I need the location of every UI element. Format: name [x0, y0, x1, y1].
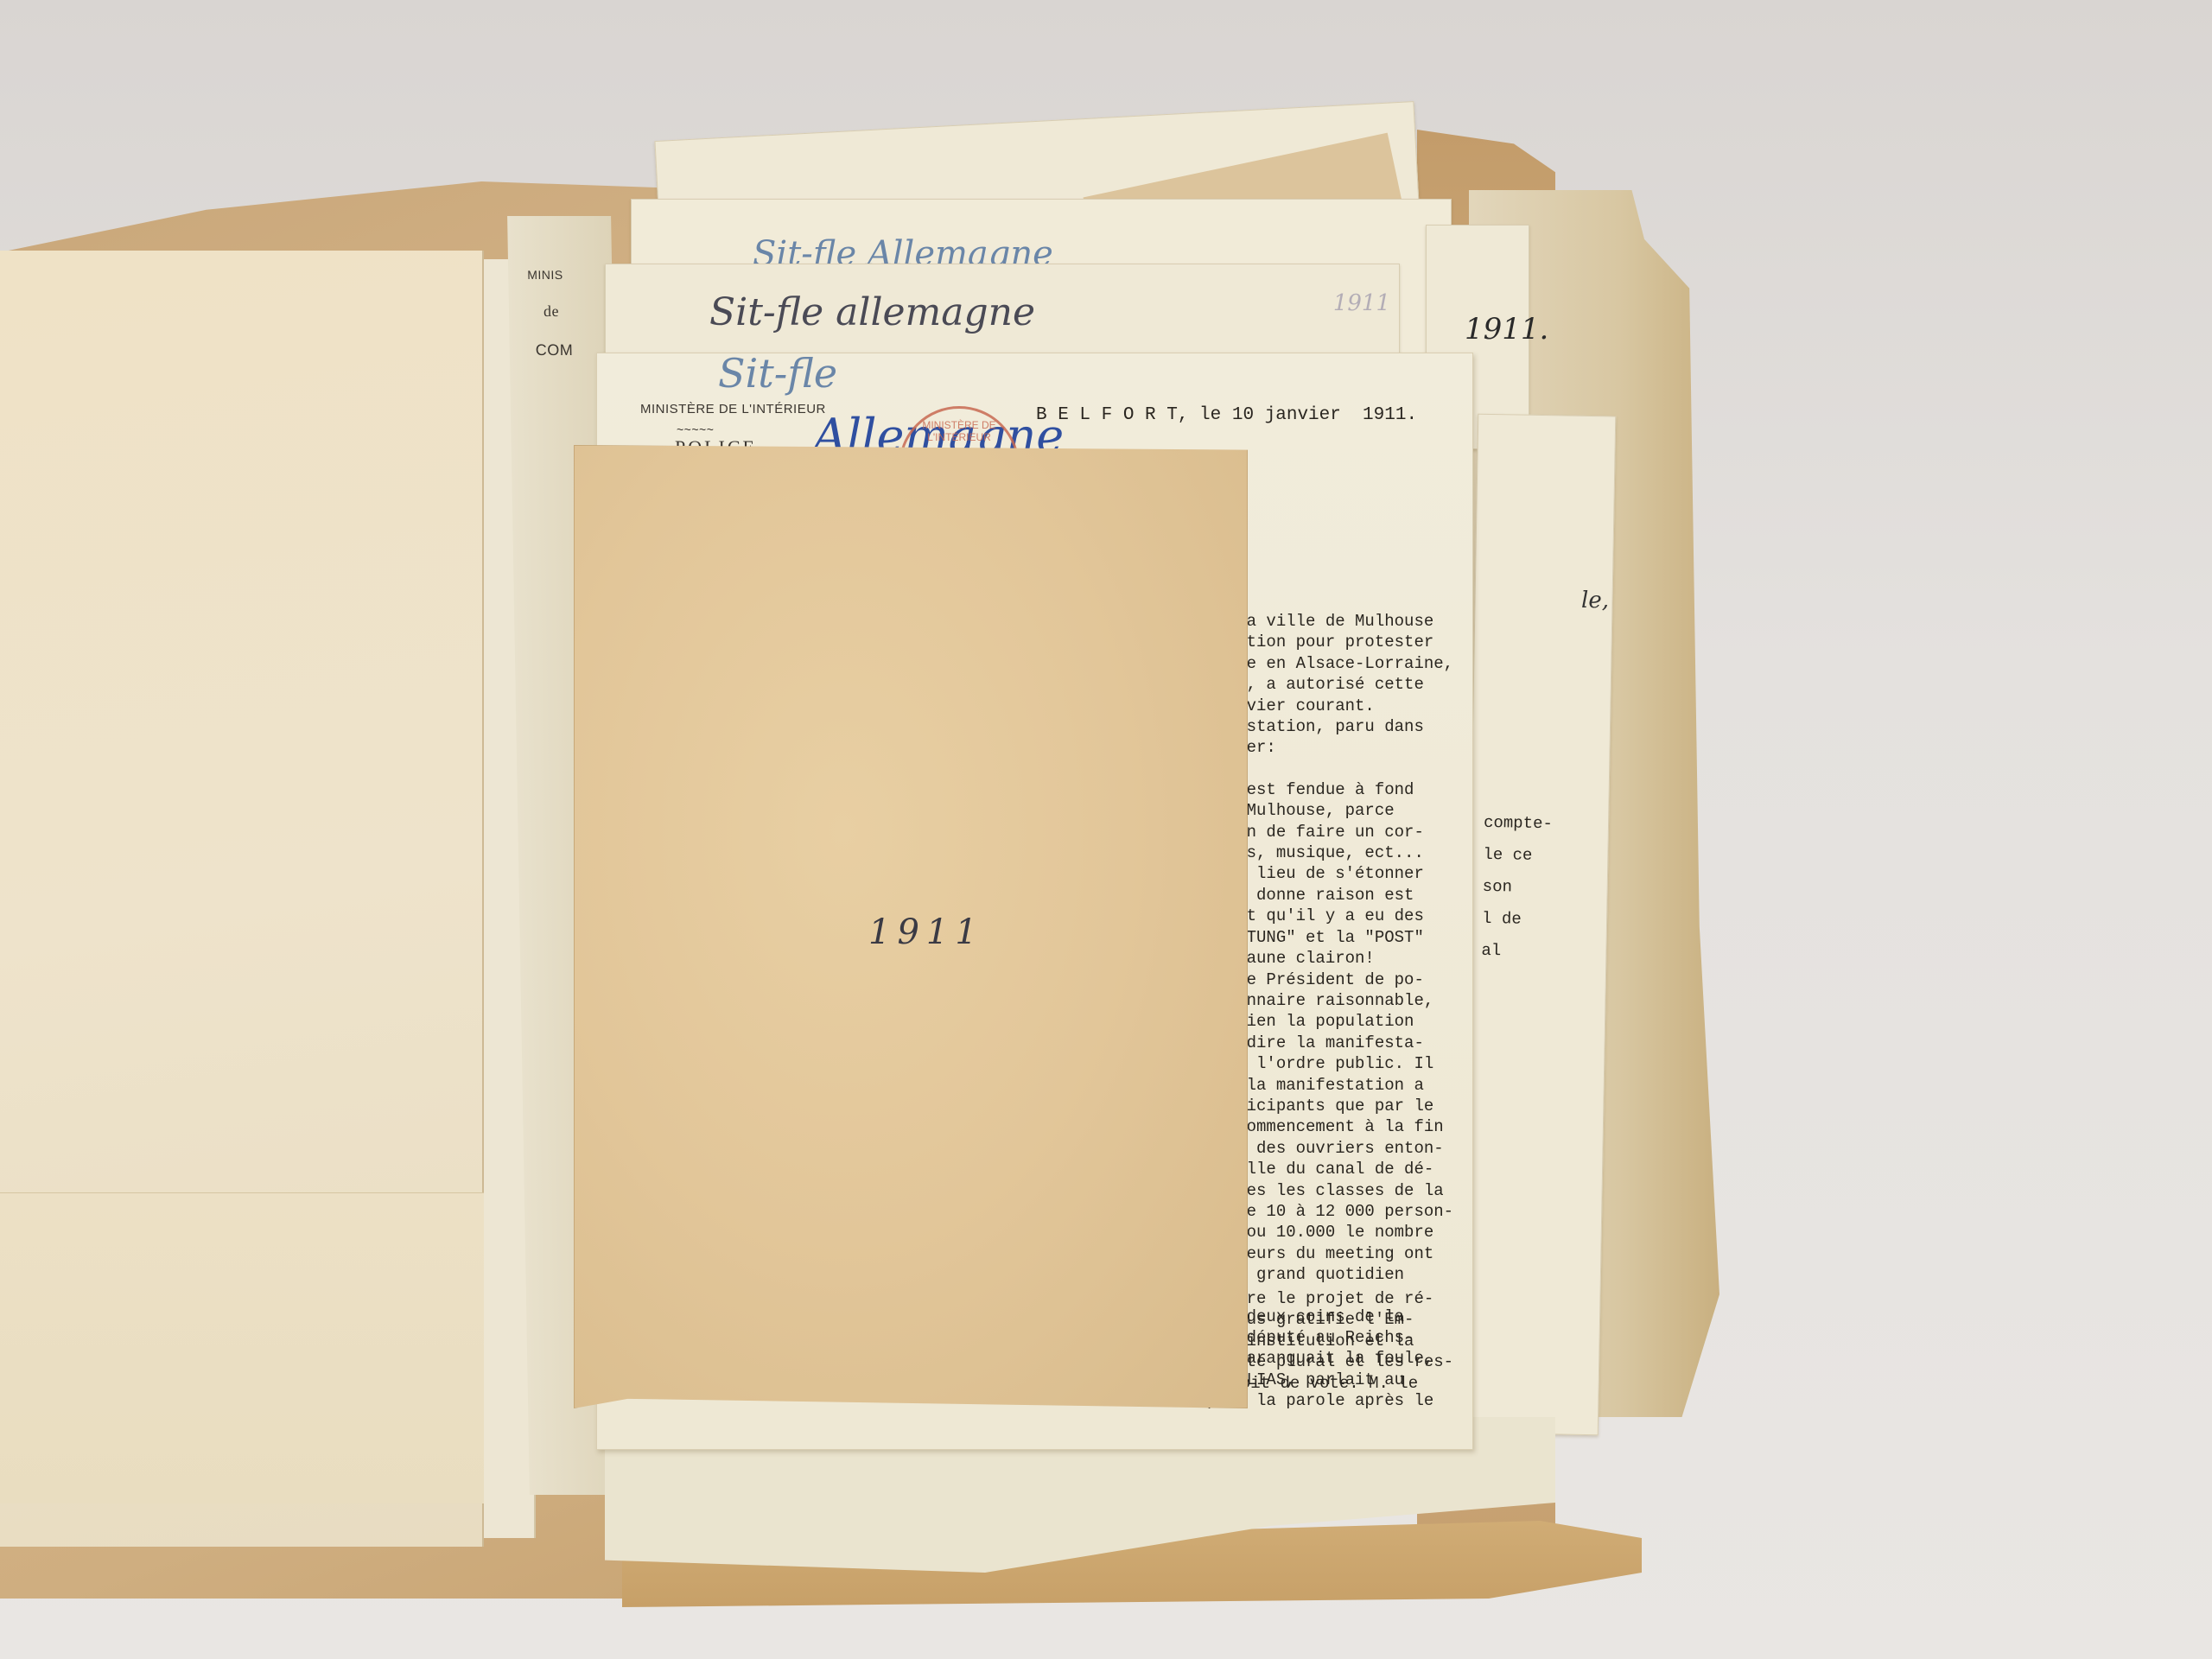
- letterhead-fragment-2: de: [543, 302, 559, 321]
- faded-year: 1911: [1333, 290, 1390, 316]
- side-handwriting: le,: [1581, 432, 1607, 605]
- envelope-year: 1911: [868, 912, 984, 952]
- handwritten-label: Sit-fle allemagne: [709, 290, 1035, 334]
- typed-fragment: le ce: [1483, 844, 1532, 866]
- year-annotation: 1911.: [1465, 312, 1548, 346]
- header-ornament: ~~~~~: [677, 423, 714, 436]
- ministry-header: MINISTÈRE DE L'INTÉRIEUR: [640, 402, 826, 416]
- typed-fragment: al: [1481, 940, 1501, 962]
- typed-fragment: l de: [1482, 908, 1522, 930]
- typed-fragment: compte-: [1484, 812, 1553, 835]
- left-sheet-fold: [0, 1192, 484, 1503]
- stamp-text: MINISTÈRE DE L'INTÉRIEUR: [922, 419, 995, 443]
- typed-fragment: son: [1483, 876, 1513, 898]
- handwritten-label: Sit-fle: [718, 350, 837, 397]
- tan-envelope-sheet: 1911: [574, 445, 1248, 1408]
- letterhead-fragment-3: COM: [536, 341, 574, 359]
- place-date: B E L F O R T, le 10 janvier 1911.: [1036, 405, 1417, 426]
- letterhead-fragment-1: MINIS: [527, 268, 563, 282]
